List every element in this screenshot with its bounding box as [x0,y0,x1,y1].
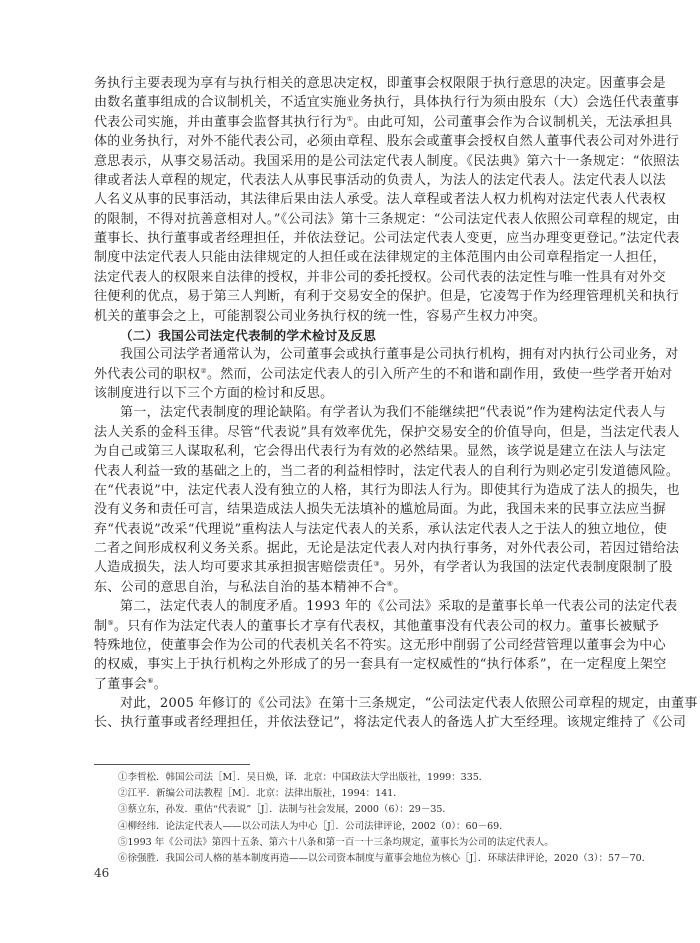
body-line: 外代表公司的职权②。然而，公司法定代表人的引入所产生的不和谐和副作用，致使一些学… [94,365,606,384]
body-line: 长、执行董事或者经理担任，并依法登记”，将法定代表人的备选人扩大至经理。该规定维… [94,713,606,732]
footnote-ref[interactable]: ⑥ [147,677,154,685]
footnote-4: ④柳经纬．论法定代表人——以公司法人为中心［J］．公司法律评论，2002（0）：… [118,819,608,835]
body-line: 在“代表说”中，法定代表人没有独立的人格，其行为即法人行为。即使其行为造成了法人… [94,481,606,500]
body-line: 意思表示，从事交易活动。我国采用的是公司法定代表人制度。《民法典》第六十一条规定… [94,152,606,171]
body-line: 体的业务执行，对外不能代表公司，必须由章程、股东会或董事会授权自然人董事代表公司… [94,132,606,151]
body-line: 代表人利益一致的基础之上的，当二者的利益相悖时，法定代表人的自利行为则必定引发道… [94,462,606,481]
body-line: 律或者法人章程的规定，代表法人从事民事活动的负责人，为法人的法定代表人。法定代表… [94,171,606,190]
body-line: 我国公司法学者通常认为，公司董事会或执行董事是公司执行机构，拥有对内执行公司业务… [94,345,606,364]
body-line: 第二，法定代表人的制度矛盾。1993 年的《公司法》采取的是董事长单一代表公司的… [94,597,606,616]
body-text: 务执行主要表现为享有与执行相关的意思决定权，即董事会权限限于执行意思的决定。因董… [94,74,606,733]
body-line: 代表公司实施，并由董事会监督其执行行为①。由此可知，公司董事会作为合议制机关，无… [94,113,606,132]
page-number: 46 [94,866,109,880]
body-line: 由数名董事组成的合议制机关，不适宜实施业务执行，具体执行行为须由股东（大）会选任… [94,93,606,112]
body-line: 该制度进行以下三个方面的检讨和反思。 [94,384,606,403]
body-line: 没有义务和责任可言，结果造成法人损失无法填补的尴尬局面。为此，我国未来的民事立法… [94,500,606,519]
footnote-5: ⑤1993 年《公司法》第四十五条、第六十八条和第一百一十三条均规定，董事长为公… [118,835,608,851]
body-line: 务执行主要表现为享有与执行相关的意思决定权，即董事会权限限于执行意思的决定。因董… [94,74,606,93]
footnote-divider [94,764,250,765]
footnote-ref[interactable]: ② [200,367,207,375]
footnote-6: ⑥徐强胜．我国公司人格的基本制度再造——以公司资本制度与董事会地位为核心［J］．… [118,851,608,867]
body-line: 二者之间形成权利义务关系。据此，无论是法定代表人对内执行事务，对外代表公司，若因… [94,539,606,558]
body-line: 制度中法定代表人只能由法律规定的人担任或在法律规定的主体范围内由公司章程指定一人… [94,248,606,267]
body-line: 特殊地位，使董事会作为公司的代表机关名不符实。这无形中削弱了公司经营管理以董事会… [94,636,606,655]
body-line: 对此，2005 年修订的《公司法》在第十三条规定，“公司法定代表人依照公司章程的… [94,694,606,713]
footnote-2: ②江平．新编公司法教程［M］．北京：法律出版社，1994：141． [118,786,608,802]
section-heading: （二）我国公司法定代表制的学术检讨及反思 [94,326,606,345]
footnote-1: ①李哲松．韩国公司法［M］．吴日焕，译．北京：中国政法大学出版社，1999：33… [118,770,608,786]
body-line: 的权威，事实上于执行机构之外形成了的另一套具有一定权威性的“执行体系”，在一定程… [94,655,606,674]
body-line: 法人关系的金科玉律。尽管“代表说”具有效率优先，保护交易安全的价值导向，但是，当… [94,423,606,442]
body-line: 往便利的优点，易于第三人判断，有利于交易安全的保护。但是，它凌驾于作为经理管理机… [94,287,606,306]
body-line: 人名义从事的民事活动，其法律后果由法人承受。法人章程或者法人权力机构对法定代表人… [94,190,606,209]
body-line: 的限制，不得对抗善意相对人。”《公司法》第十三条规定：“公司法定代表人依照公司章… [94,210,606,229]
body-line: 为自己或第三人谋取私利，它会得出代表行为有效的必然结果。显然，该学说是建立在法人… [94,442,606,461]
footnote-ref[interactable]: ③ [373,560,380,568]
body-line: 董事长、执行董事或者经理担任，并依法登记。公司法定代表人变更，应当办理变更登记。… [94,229,606,248]
footnote-ref[interactable]: ⑤ [107,619,114,627]
body-line: 弃“代表说”改采“代理说”重构法人与法定代表人的关系，承认法定代表人之于法人的独… [94,520,606,539]
body-line: 法定代表人的权限来自法律的授权，并非公司的委托授权。公司代表的法定性与唯一性具有… [94,268,606,287]
body-line: 制⑤。只有作为法定代表人的董事长才享有代表权，其他董事没有代表公司的权力。董事长… [94,617,606,636]
footnote-3: ③蔡立东，孙发．重估“代表说”［J］．法制与社会发展，2000（6）：29－35… [118,802,608,818]
body-line: 机关的董事会之上，可能割裂公司业务执行权的统一性，容易产生权力冲突。 [94,307,606,326]
body-line: 人造成损失，法人均可要求其承担损害赔偿责任③。另外，有学者认为我国的法定代表制度… [94,558,606,577]
footnotes: ①李哲松．韩国公司法［M］．吴日焕，译．北京：中国政法大学出版社，1999：33… [118,770,608,867]
body-line: 第一，法定代表制度的理论缺陷。有学者认为我们不能继续把“代表说”作为建构法定代表… [94,403,606,422]
body-line: 了董事会⑥。 [94,675,606,694]
body-line: 东、公司的意思自治，与私法自治的基本精神不合④。 [94,578,606,597]
